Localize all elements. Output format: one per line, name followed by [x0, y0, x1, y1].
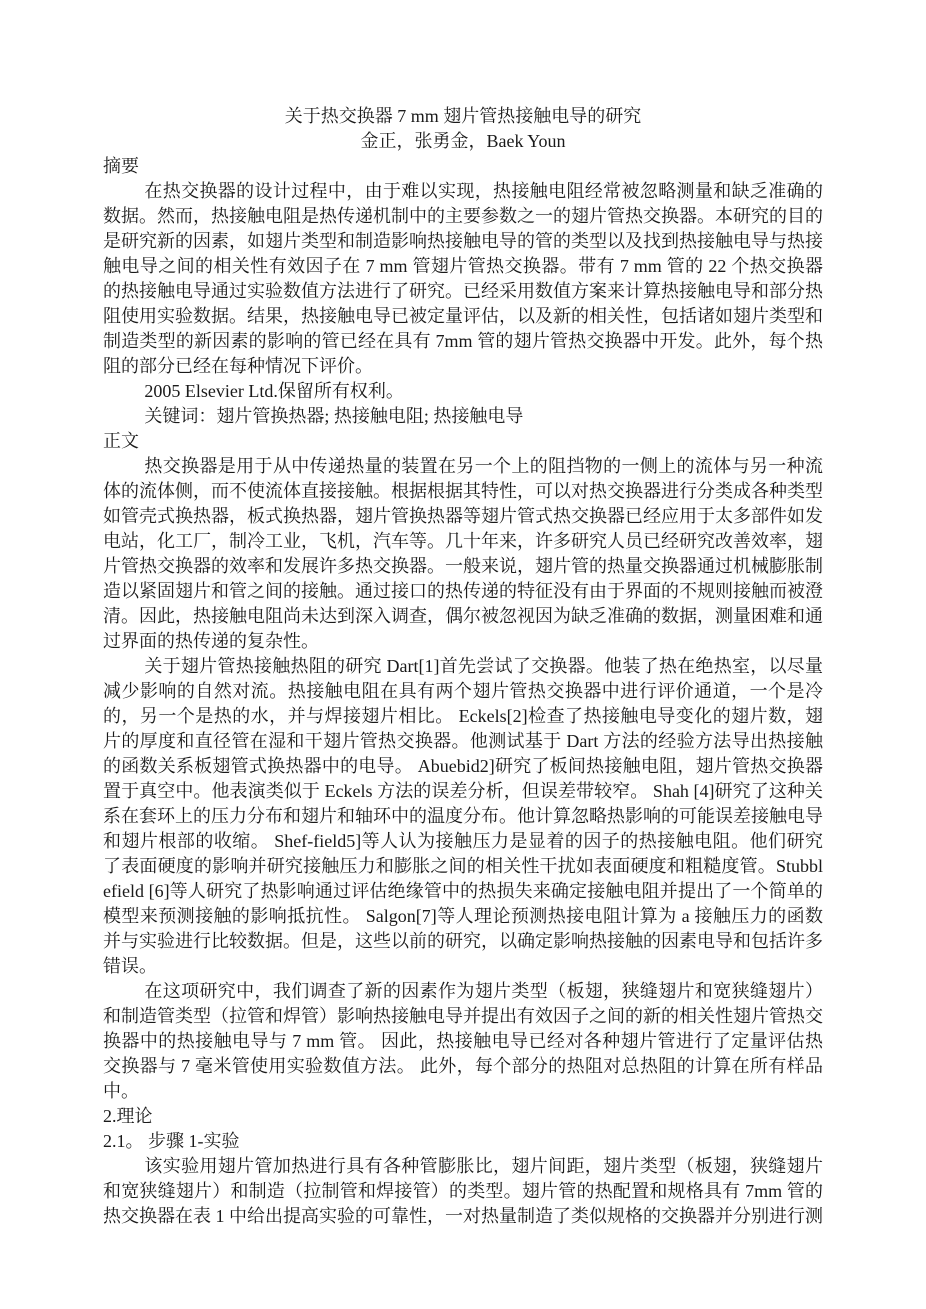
- abstract-paragraph: 在热交换器的设计过程中，由于难以实现，热接触电阻经常被忽略测量和缺乏准确的数据。…: [103, 179, 823, 379]
- body-paragraph-experiment: 该实验用翅片管加热进行具有各种管膨胀比，翅片间距，翅片类型（板翅，狭缝翅片和宽狭…: [103, 1154, 823, 1229]
- keywords-line: 关键词：翅片管换热器; 热接触电阻; 热接触电导: [103, 404, 823, 429]
- body-paragraph-introduction: 热交换器是用于从中传递热量的装置在另一个上的阻挡物的一侧上的流体与另一种流体的流…: [103, 454, 823, 654]
- abstract-heading: 摘要: [103, 154, 823, 179]
- copyright-line: 2005 Elsevier Ltd.保留所有权利。: [103, 379, 823, 404]
- document-authors: 金正，张勇金，Baek Youn: [103, 129, 823, 154]
- section-2-heading: 2.理论: [103, 1104, 823, 1129]
- document-title: 关于热交换器 7 mm 翅片管热接触电导的研究: [103, 104, 823, 129]
- section-2-1-heading: 2.1。 步骤 1-实验: [103, 1129, 823, 1154]
- body-paragraph-study-scope: 在这项研究中，我们调查了新的因素作为翅片类型（板翅，狭缝翅片和宽狭缝翅片）和制造…: [103, 979, 823, 1104]
- body-heading: 正文: [103, 429, 823, 454]
- document-page: 关于热交换器 7 mm 翅片管热接触电导的研究 金正，张勇金，Baek Youn…: [0, 0, 926, 1309]
- body-paragraph-literature-review: 关于翅片管热接触热阻的研究 Dart[1]首先尝试了交换器。他装了热在绝热室，以…: [103, 654, 823, 979]
